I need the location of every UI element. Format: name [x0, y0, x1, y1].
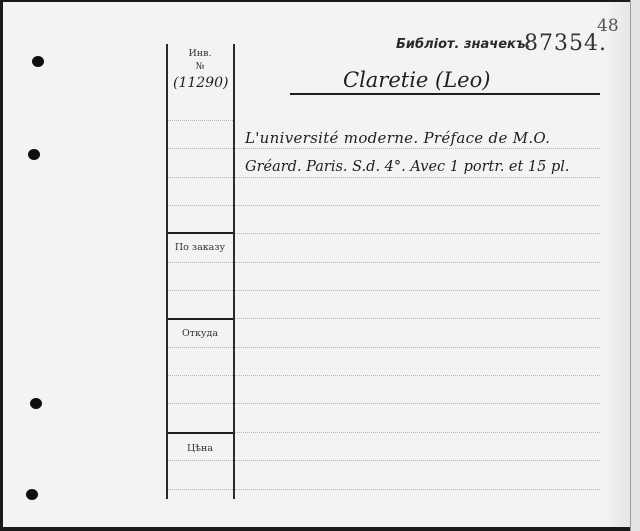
section-divider	[168, 232, 233, 234]
ruling-line	[168, 375, 233, 376]
ruling-line	[235, 460, 600, 461]
section-divider	[168, 318, 233, 320]
ruling-line	[235, 177, 600, 178]
ruling-line	[235, 347, 600, 348]
ruling-line	[235, 290, 600, 291]
inventory-label: Инв.	[167, 48, 233, 59]
price-label: Цѣна	[167, 443, 233, 454]
punch-hole	[30, 398, 42, 409]
title-line-2: Gréard. Paris. S.d. 4°. Avec 1 portr. et…	[245, 159, 570, 175]
ruling-line	[168, 148, 233, 149]
ruling-line	[235, 403, 600, 404]
punch-hole	[26, 489, 38, 500]
order-label: По заказу	[167, 242, 233, 253]
ruling-line	[168, 290, 233, 291]
ruling-line	[235, 233, 600, 234]
ruling-line	[168, 205, 233, 206]
inventory-value: (11290)	[173, 75, 228, 91]
author-underline	[290, 93, 600, 95]
inventory-number-sign: №	[167, 61, 233, 72]
catalog-card: 48 Библіот. значекъ: 87354. Инв. № (1129…	[3, 2, 631, 527]
ruling-line	[235, 205, 600, 206]
ruling-line	[168, 120, 233, 121]
left-column-border	[166, 44, 168, 499]
card-shadow	[603, 2, 633, 527]
card-edge	[630, 0, 640, 531]
author-name: Claretie (Leo)	[343, 68, 490, 92]
ruling-line	[235, 262, 600, 263]
punch-hole	[32, 56, 44, 67]
ruling-line	[168, 489, 233, 490]
punch-hole	[28, 149, 40, 160]
source-label: Откуда	[167, 328, 233, 339]
ruling-line	[235, 318, 600, 319]
library-mark-label: Библіот. значекъ:	[396, 37, 531, 52]
ruling-line	[235, 148, 600, 149]
ruling-line	[168, 262, 233, 263]
section-divider	[168, 432, 233, 434]
library-mark-value: 87354.	[524, 31, 607, 56]
ruling-line	[168, 460, 233, 461]
ruling-line	[168, 347, 233, 348]
ruling-line	[235, 489, 600, 490]
ruling-line	[168, 177, 233, 178]
ruling-line	[235, 375, 600, 376]
left-column-border	[233, 44, 235, 499]
ruling-line	[235, 432, 600, 433]
title-line-1: L'université moderne. Préface de M.O.	[245, 129, 550, 147]
ruling-line	[168, 403, 233, 404]
